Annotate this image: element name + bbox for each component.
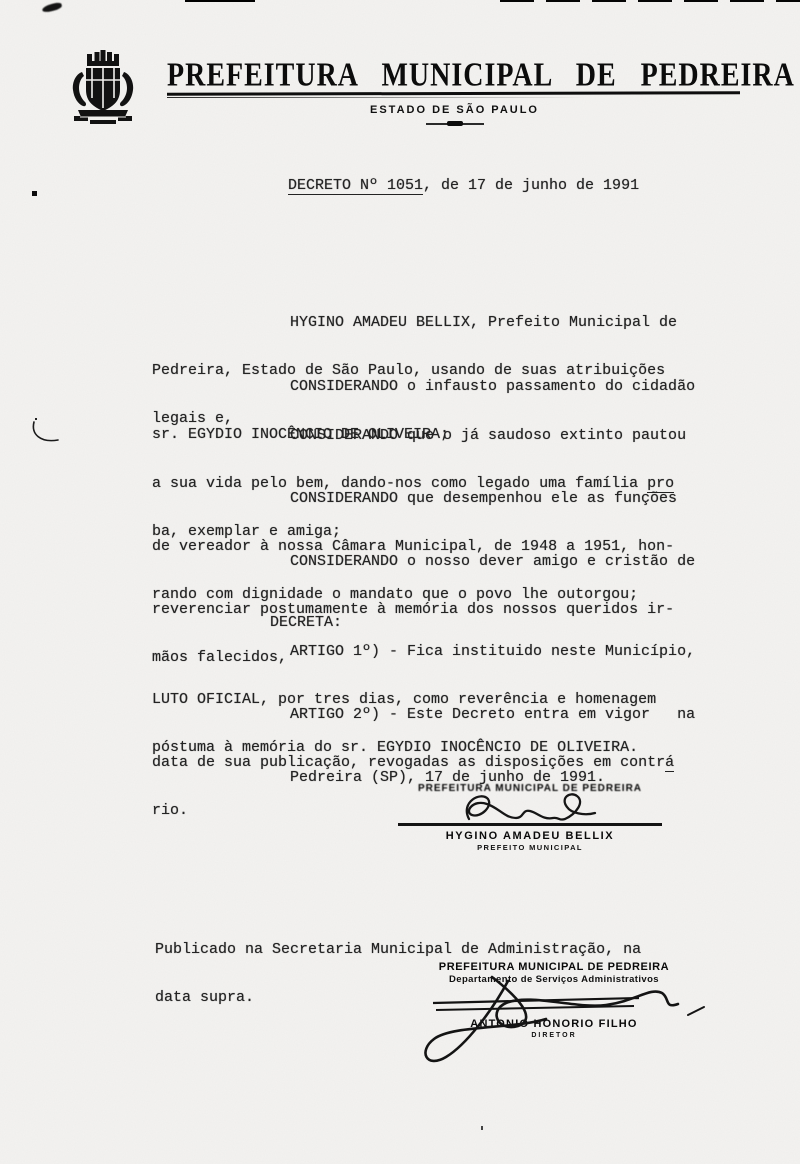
decree-number: DECRETO Nº 1051 xyxy=(288,177,423,195)
document-line: CONSIDERANDO que desempenhou ele as funç… xyxy=(152,491,677,507)
scan-edge-artifact xyxy=(185,0,255,2)
decree-date: , de 17 de junho de 1991 xyxy=(423,177,639,194)
pen-stroke-mark xyxy=(28,416,64,450)
stamp-text: PREFEITURA MUNICIPAL DE PEDREIRA xyxy=(398,783,662,794)
document-line: ARTIGO 2º) - Este Decreto entra em vigor… xyxy=(152,707,695,723)
hyphenation-underline: á xyxy=(665,754,674,772)
signer-name: HYGINO AMADEU BELLIX xyxy=(398,830,662,842)
document-line: HYGINO AMADEU BELLIX, Prefeito Municipal… xyxy=(152,315,677,331)
signature-rule xyxy=(398,823,662,826)
header-rule xyxy=(167,91,740,96)
document-line: CONSIDERANDO o infausto passamento do ci… xyxy=(152,379,695,395)
decree-title: DECRETO Nº 1051, de 17 de junho de 1991 xyxy=(288,178,639,194)
document-line: ARTIGO 1º) - Fica instituido neste Munic… xyxy=(152,644,695,660)
scan-edge-artifact xyxy=(500,0,800,2)
mayor-signature-block: PREFEITURA MUNICIPAL DE PEDREIRA HYGINO … xyxy=(398,783,662,852)
header-rule-echo xyxy=(167,97,587,98)
document-line: CONSIDERANDO que o já saudoso extinto pa… xyxy=(152,428,686,444)
subtitle-flourish-blob xyxy=(447,121,463,126)
organization-title: PREFEITURA MUNICIPAL DE PEDREIRA xyxy=(167,56,747,95)
director-signature-block: PREFEITURA MUNICIPAL DE PEDREIRA Departa… xyxy=(402,961,706,1071)
stamp-text: PREFEITURA MUNICIPAL DE PEDREIRA xyxy=(402,961,706,973)
ink-dot xyxy=(32,191,37,196)
ink-smudge xyxy=(41,2,62,14)
handwritten-signature-icon xyxy=(396,975,712,1075)
ink-speck xyxy=(481,1126,483,1130)
organization-subtitle: ESTADO DE SÃO PAULO xyxy=(168,104,741,116)
document-line: Publicado na Secretaria Municipal de Adm… xyxy=(155,942,641,958)
scanned-decree-page: PREFEITURA MUNICIPAL DE PEDREIRA ESTADO … xyxy=(0,0,800,1164)
coat-of-arms-icon xyxy=(66,50,140,134)
signer-role: PREFEITO MUNICIPAL xyxy=(398,843,662,852)
document-line: CONSIDERANDO o nosso dever amigo e crist… xyxy=(152,554,695,570)
